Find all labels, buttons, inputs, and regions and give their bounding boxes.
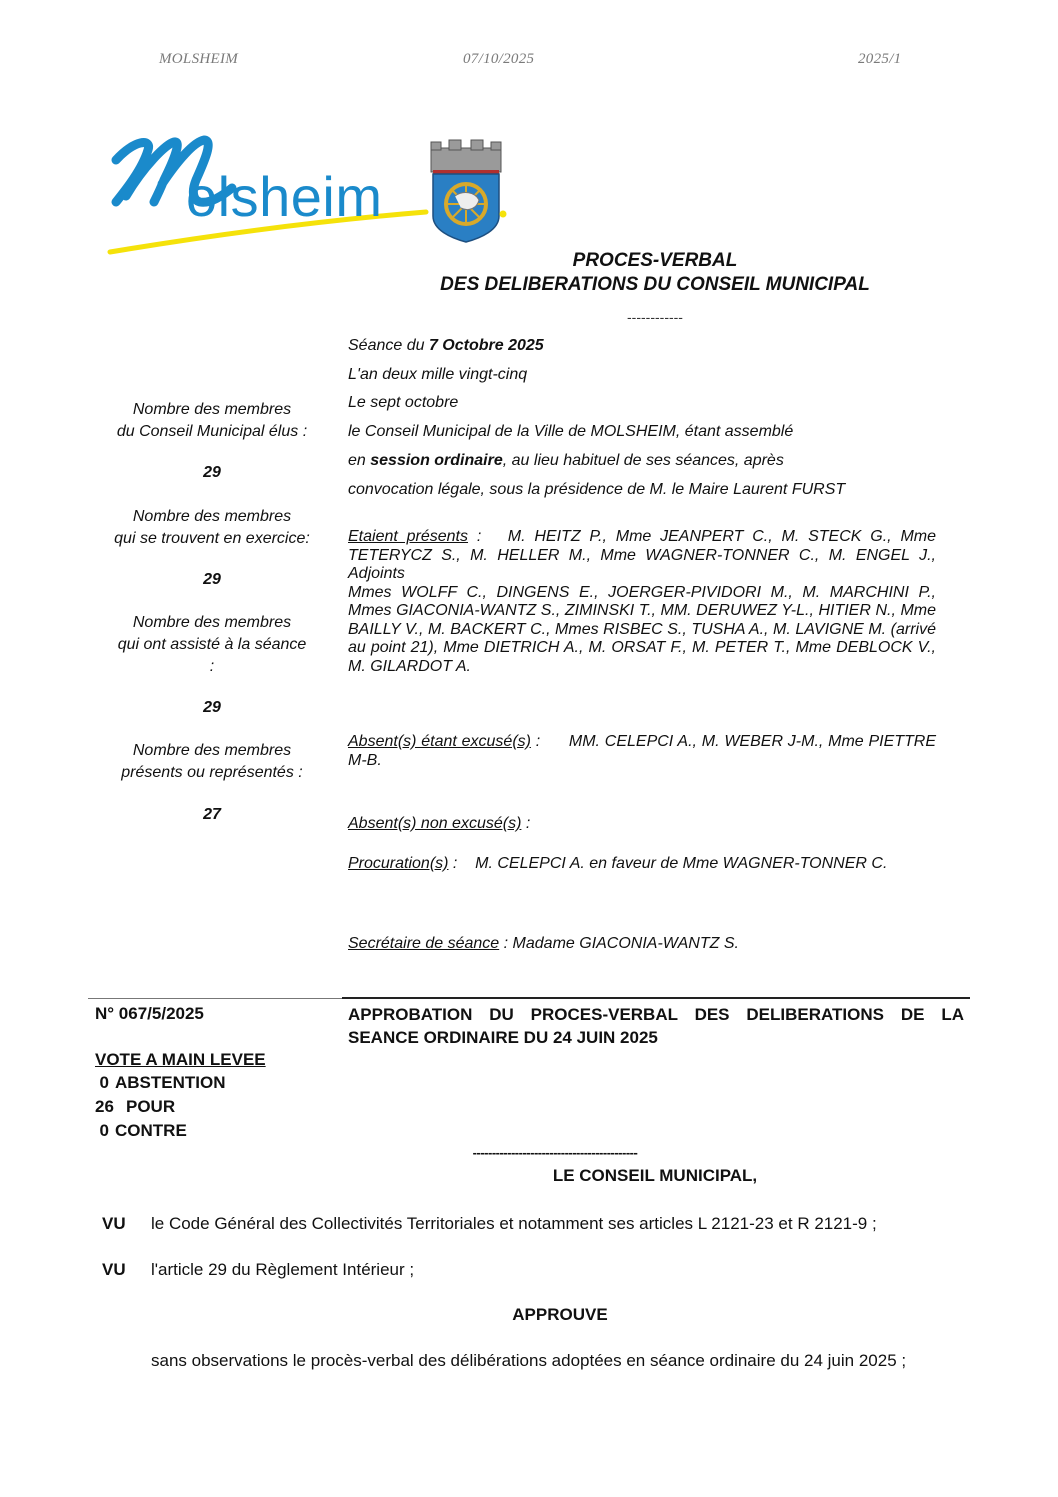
session-date: 7 Octobre 2025 — [429, 337, 544, 354]
decision-text: sans observations le procès-verbal des d… — [151, 1351, 995, 1371]
vote-row-abstention: 0ABSTENTION — [95, 1073, 226, 1093]
present-label: Etaient présents — [348, 528, 468, 545]
document-title-line1: PROCES-VERBAL — [340, 250, 970, 272]
molsheim-logo: olsheim — [104, 130, 514, 260]
session-assembly: le Conseil Municipal de la Ville de MOLS… — [348, 418, 845, 447]
session-block: Séance du 7 Octobre 2025 L'an deux mille… — [348, 332, 845, 504]
document-title-line2: DES DELIBERATIONS DU CONSEIL MUNICIPAL — [340, 274, 970, 296]
vote-row-pour: 26POUR — [95, 1097, 175, 1117]
consideration-key: VU — [102, 1214, 126, 1234]
consideration-text: l'article 29 du Règlement Intérieur ; — [151, 1260, 414, 1280]
stat-value-elected: 29 — [95, 464, 329, 482]
stat-label-elected: Nombre des membres du Conseil Municipal … — [95, 399, 329, 443]
stat-label-line: Nombre des membres — [95, 399, 329, 421]
proxy-value: M. CELEPCI A. en faveur de Mme WAGNER-TO… — [475, 855, 887, 872]
session-type-prefix: en — [348, 452, 370, 469]
present-members: Etaient présents : M. HEITZ P., Mme JEAN… — [348, 528, 936, 676]
running-header-town: MOLSHEIM — [159, 51, 238, 68]
present-others: Mmes WOLFF C., DINGENS E., JOERGER-PIVID… — [348, 584, 936, 675]
session-prefix: Séance du — [348, 337, 429, 354]
vote-label: CONTRE — [115, 1121, 187, 1140]
deliberation-title: APPROBATION DU PROCES-VERBAL DES DELIBER… — [348, 1003, 964, 1049]
stat-label-line: présents ou représentés : — [95, 762, 329, 784]
secretary-sep: : — [499, 935, 512, 952]
stat-label-line: qui ont assisté à la séance — [95, 634, 329, 656]
session-year: L'an deux mille vingt-cinq — [348, 361, 845, 390]
stat-label-line: du Conseil Municipal élus : — [95, 421, 329, 443]
session-type: session ordinaire — [370, 452, 503, 469]
consideration-key: VU — [102, 1260, 126, 1280]
stat-label-in-office: Nombre des membres qui se trouvent en ex… — [95, 506, 329, 550]
secretary-value: Madame GIACONIA-WANTZ S. — [513, 935, 739, 952]
session-type-line: en session ordinaire, au lieu habituel d… — [348, 447, 845, 476]
decision-heading: APPROUVE — [340, 1305, 780, 1325]
vote-heading: VOTE A MAIN LEVEE — [95, 1050, 266, 1070]
vote-count: 26 — [95, 1097, 119, 1117]
unexcused-absences: Absent(s) non excusé(s) : — [348, 815, 936, 834]
session-type-suffix: , au lieu habituel de ses séances, après — [503, 452, 784, 469]
session-convocation: convocation légale, sous la présidence d… — [348, 476, 845, 505]
council-separator: ----------------------------------------… — [440, 1145, 670, 1160]
excused-absences: Absent(s) étant excusé(s) : MM. CELEPCI … — [348, 733, 936, 770]
stat-value-in-office: 29 — [95, 571, 329, 589]
session-day: Le sept octobre — [348, 389, 845, 418]
section-divider-left — [88, 998, 343, 999]
vote-count: 0 — [95, 1121, 109, 1141]
consideration-text: le Code Général des Collectivités Territ… — [151, 1214, 877, 1234]
stat-label-attended: Nombre des membres qui ont assisté à la … — [95, 612, 329, 678]
unexcused-label: Absent(s) non excusé(s) — [348, 815, 521, 832]
unexcused-sep: : — [521, 815, 530, 832]
vote-row-contre: 0CONTRE — [95, 1121, 187, 1141]
stat-value-present-represented: 27 — [95, 806, 329, 824]
excused-sep: : — [531, 733, 569, 750]
stat-value-attended: 29 — [95, 699, 329, 717]
stat-label-line: qui se trouvent en exercice: — [95, 528, 329, 550]
logo-wordmark: olsheim — [186, 164, 382, 229]
stat-label-line: Nombre des membres — [95, 740, 329, 762]
proxy-label: Procuration(s) — [348, 855, 448, 872]
vote-count: 0 — [95, 1073, 109, 1093]
running-header-ref: 2025/1 — [858, 51, 901, 68]
proxy-sep: : — [448, 855, 475, 872]
stat-label-line: : — [95, 656, 329, 678]
stat-label-line: Nombre des membres — [95, 506, 329, 528]
section-divider-right — [342, 997, 970, 999]
excused-label: Absent(s) étant excusé(s) — [348, 733, 531, 750]
secretary-label: Secrétaire de séance — [348, 935, 499, 952]
council-heading: LE CONSEIL MUNICIPAL, — [340, 1166, 970, 1186]
proxies: Procuration(s) : M. CELEPCI A. en faveur… — [348, 855, 968, 874]
present-sep: : — [468, 528, 508, 545]
stat-label-present-represented: Nombre des membres présents ou représent… — [95, 740, 329, 784]
session-date-line: Séance du 7 Octobre 2025 — [348, 332, 845, 361]
stat-label-line: Nombre des membres — [95, 612, 329, 634]
running-header-date: 07/10/2025 — [463, 51, 534, 68]
session-secretary: Secrétaire de séance : Madame GIACONIA-W… — [348, 935, 936, 954]
deliberation-number: N° 067/5/2025 — [95, 1004, 204, 1024]
vote-label: POUR — [126, 1097, 175, 1116]
title-separator: ------------ — [340, 309, 970, 325]
vote-label: ABSTENTION — [115, 1073, 226, 1092]
